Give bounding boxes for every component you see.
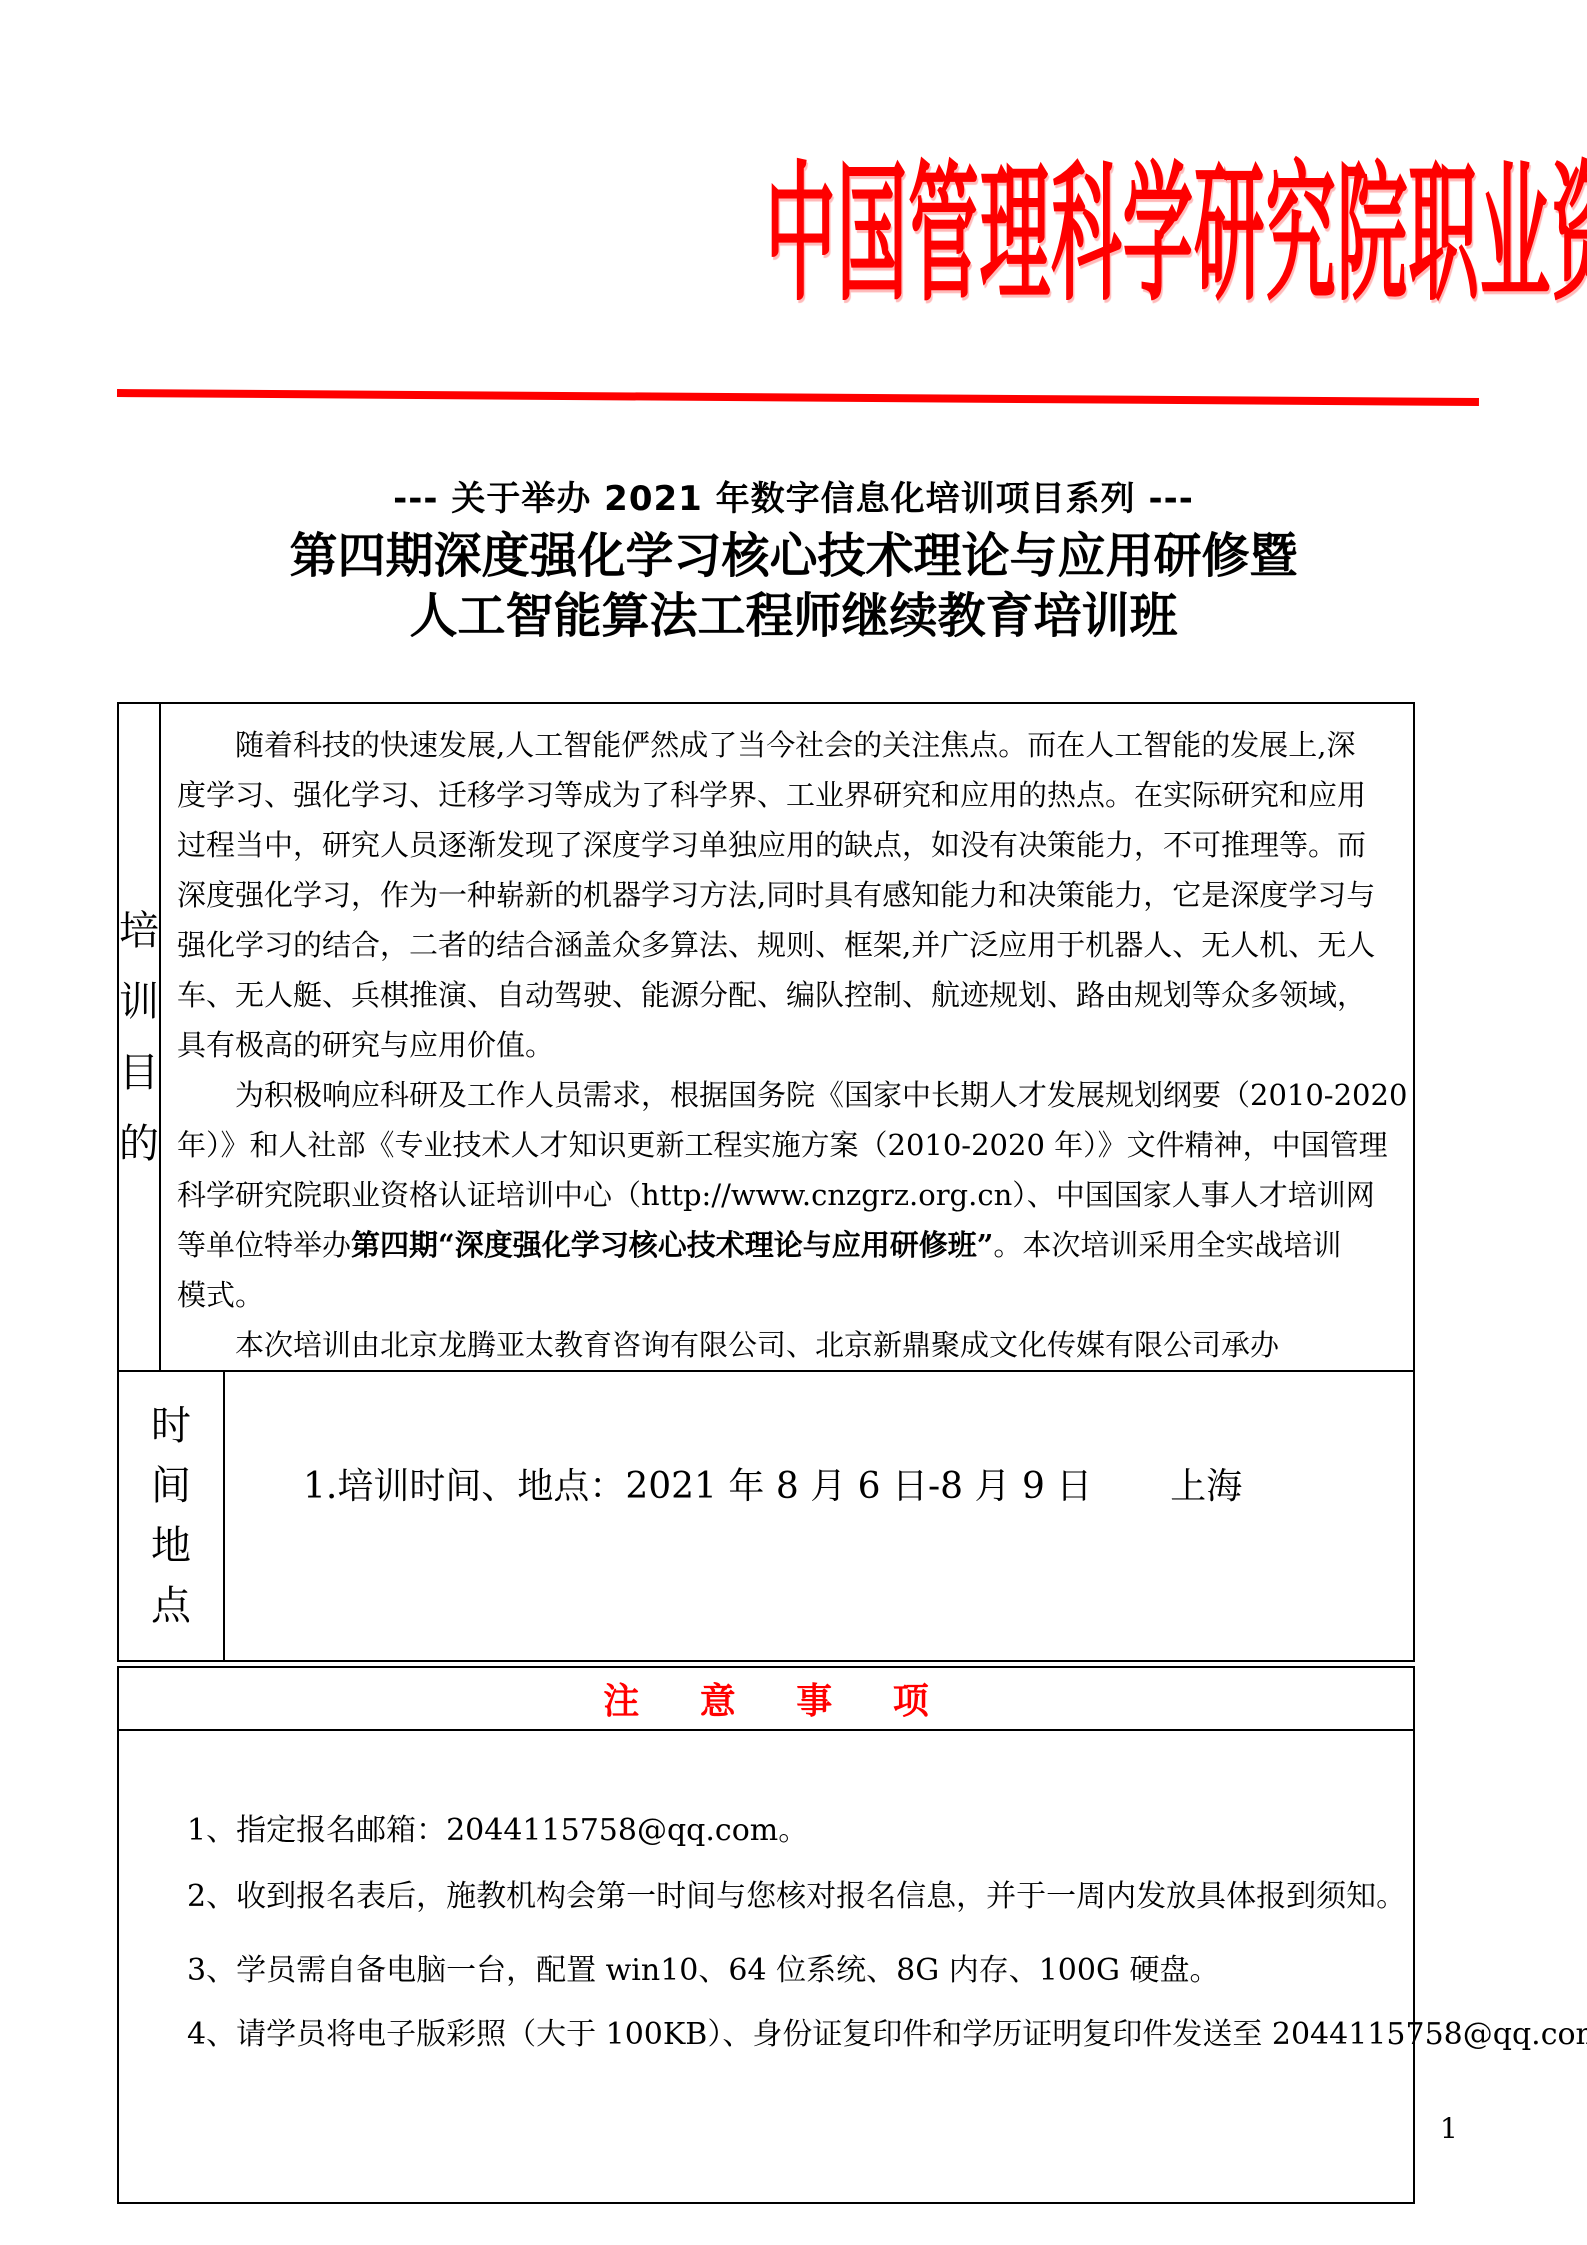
note-item: 3、学员需自备电脑一台，配置 win10、64 位系统、8G 内存、100G 硬… (187, 1953, 1397, 1989)
purpose-line: 具有极高的研究与应用价值。 (177, 1020, 1407, 1070)
schedule-time-text: 1.培训时间、地点：2021 年 8 月 6 日-8 月 9 日 (303, 1466, 1092, 1507)
schedule-row: 时 间 地 点 1.培训时间、地点：2021 年 8 月 6 日-8 月 9 日… (119, 1372, 1413, 1660)
purpose-line: 强化学习的结合，二者的结合涵盖众多算法、规则、框架,并广泛应用于机器人、无人机、… (177, 920, 1407, 970)
purpose-label-char: 的 (119, 1122, 159, 1166)
purpose-line: 车、无人艇、兵棋推演、自动驾驶、能源分配、编队控制、航迹规划、路由规划等众多领域… (177, 970, 1407, 1020)
purpose-label: 培 训 目 的 (119, 704, 161, 1370)
notes-table: 注 意 事 项 1、指定报名邮箱：2044115758@qq.com。 2、收到… (117, 1666, 1415, 2204)
course-title-line1: 第四期深度强化学习核心技术理论与应用研修暨 (0, 528, 1587, 584)
purpose-line: 年）》和人社部《专业技术人才知识更新工程实施方案（2010-2020 年）》文件… (177, 1120, 1407, 1170)
purpose-line: 科学研究院职业资格认证培训中心（http://www.cnzgrz.org.cn… (177, 1170, 1407, 1220)
org-title-text: 中国管理科学研究院职业资格认证培训中心 (765, 150, 1587, 318)
purpose-label-char: 训 (119, 980, 159, 1024)
purpose-line: 深度强化学习，作为一种崭新的机器学习方法,同时具有感知能力和决策能力，它是深度学… (177, 870, 1407, 920)
page-number: 1 (1440, 2112, 1458, 2145)
schedule-text: 1.培训时间、地点：2021 年 8 月 6 日-8 月 9 日上海 (225, 1372, 1413, 1660)
schedule-label-char: 间 (151, 1464, 191, 1508)
schedule-location: 上海 (1170, 1467, 1242, 1507)
purpose-row: 培 训 目 的 随着科技的快速发展,人工智能俨然成了当今社会的关注焦点。而在人工… (119, 704, 1413, 1372)
purpose-label-char: 培 (119, 909, 159, 953)
document-page: { "header": { "org_title": "中国管理科学研究院职业资… (0, 0, 1587, 2245)
purpose-line: 本次培训由北京龙腾亚太教育咨询有限公司、北京新鼎聚成文化传媒有限公司承办 (177, 1320, 1407, 1370)
purpose-line: 度学习、强化学习、迁移学习等成为了科学界、工业界研究和应用的热点。在实际研究和应… (177, 770, 1407, 820)
purpose-line-pre: 等单位特举办 (177, 1228, 351, 1262)
schedule-label-char: 时 (151, 1404, 191, 1448)
purpose-line: 随着科技的快速发展,人工智能俨然成了当今社会的关注焦点。而在人工智能的发展上,深 (177, 720, 1407, 770)
note-item: 2、收到报名表后，施教机构会第一时间与您核对报名信息，并于一周内发放具体报到须知… (187, 1879, 1397, 1915)
course-title-line2: 人工智能算法工程师继续教育培训班 (0, 588, 1587, 644)
schedule-label-char: 地 (151, 1524, 191, 1568)
purpose-line-post: 。本次培训采用全实战培训 (993, 1228, 1341, 1262)
note-item: 4、请学员将电子版彩照（大于 100KB）、身份证复印件和学历证明复印件发送至 … (187, 2017, 1397, 2053)
notes-header-row: 注 意 事 项 (119, 1668, 1413, 1731)
purpose-text: 随着科技的快速发展,人工智能俨然成了当今社会的关注焦点。而在人工智能的发展上,深… (161, 704, 1419, 1370)
purpose-label-char: 目 (119, 1051, 159, 1095)
purpose-line-bold: 第四期“深度强化学习核心技术理论与应用研修班” (351, 1228, 993, 1262)
org-title-banner: 中国管理科学研究院职业资格认证培训中心 (0, 150, 1587, 318)
purpose-line: 模式。 (177, 1270, 1407, 1320)
schedule-label: 时 间 地 点 (119, 1372, 225, 1660)
purpose-line: 为积极响应科研及工作人员需求，根据国务院《国家中长期人才发展规划纲要（2010-… (177, 1070, 1407, 1120)
purpose-line-composite: 等单位特举办第四期“深度强化学习核心技术理论与应用研修班”。本次培训采用全实战培… (177, 1220, 1407, 1270)
notes-body: 1、指定报名邮箱：2044115758@qq.com。 2、收到报名表后，施教机… (119, 1731, 1413, 2202)
notes-header-text: 注 意 事 项 (579, 1673, 953, 1724)
red-divider-rule (117, 389, 1479, 406)
training-info-table: 培 训 目 的 随着科技的快速发展,人工智能俨然成了当今社会的关注焦点。而在人工… (117, 702, 1415, 1662)
note-item: 1、指定报名邮箱：2044115758@qq.com。 (187, 1813, 1397, 1849)
purpose-line: 过程当中，研究人员逐渐发现了深度学习单独应用的缺点，如没有决策能力，不可推理等。… (177, 820, 1407, 870)
schedule-label-char: 点 (151, 1584, 191, 1628)
series-subtitle: --- 关于举办 2021 年数字信息化培训项目系列 --- (0, 480, 1587, 518)
